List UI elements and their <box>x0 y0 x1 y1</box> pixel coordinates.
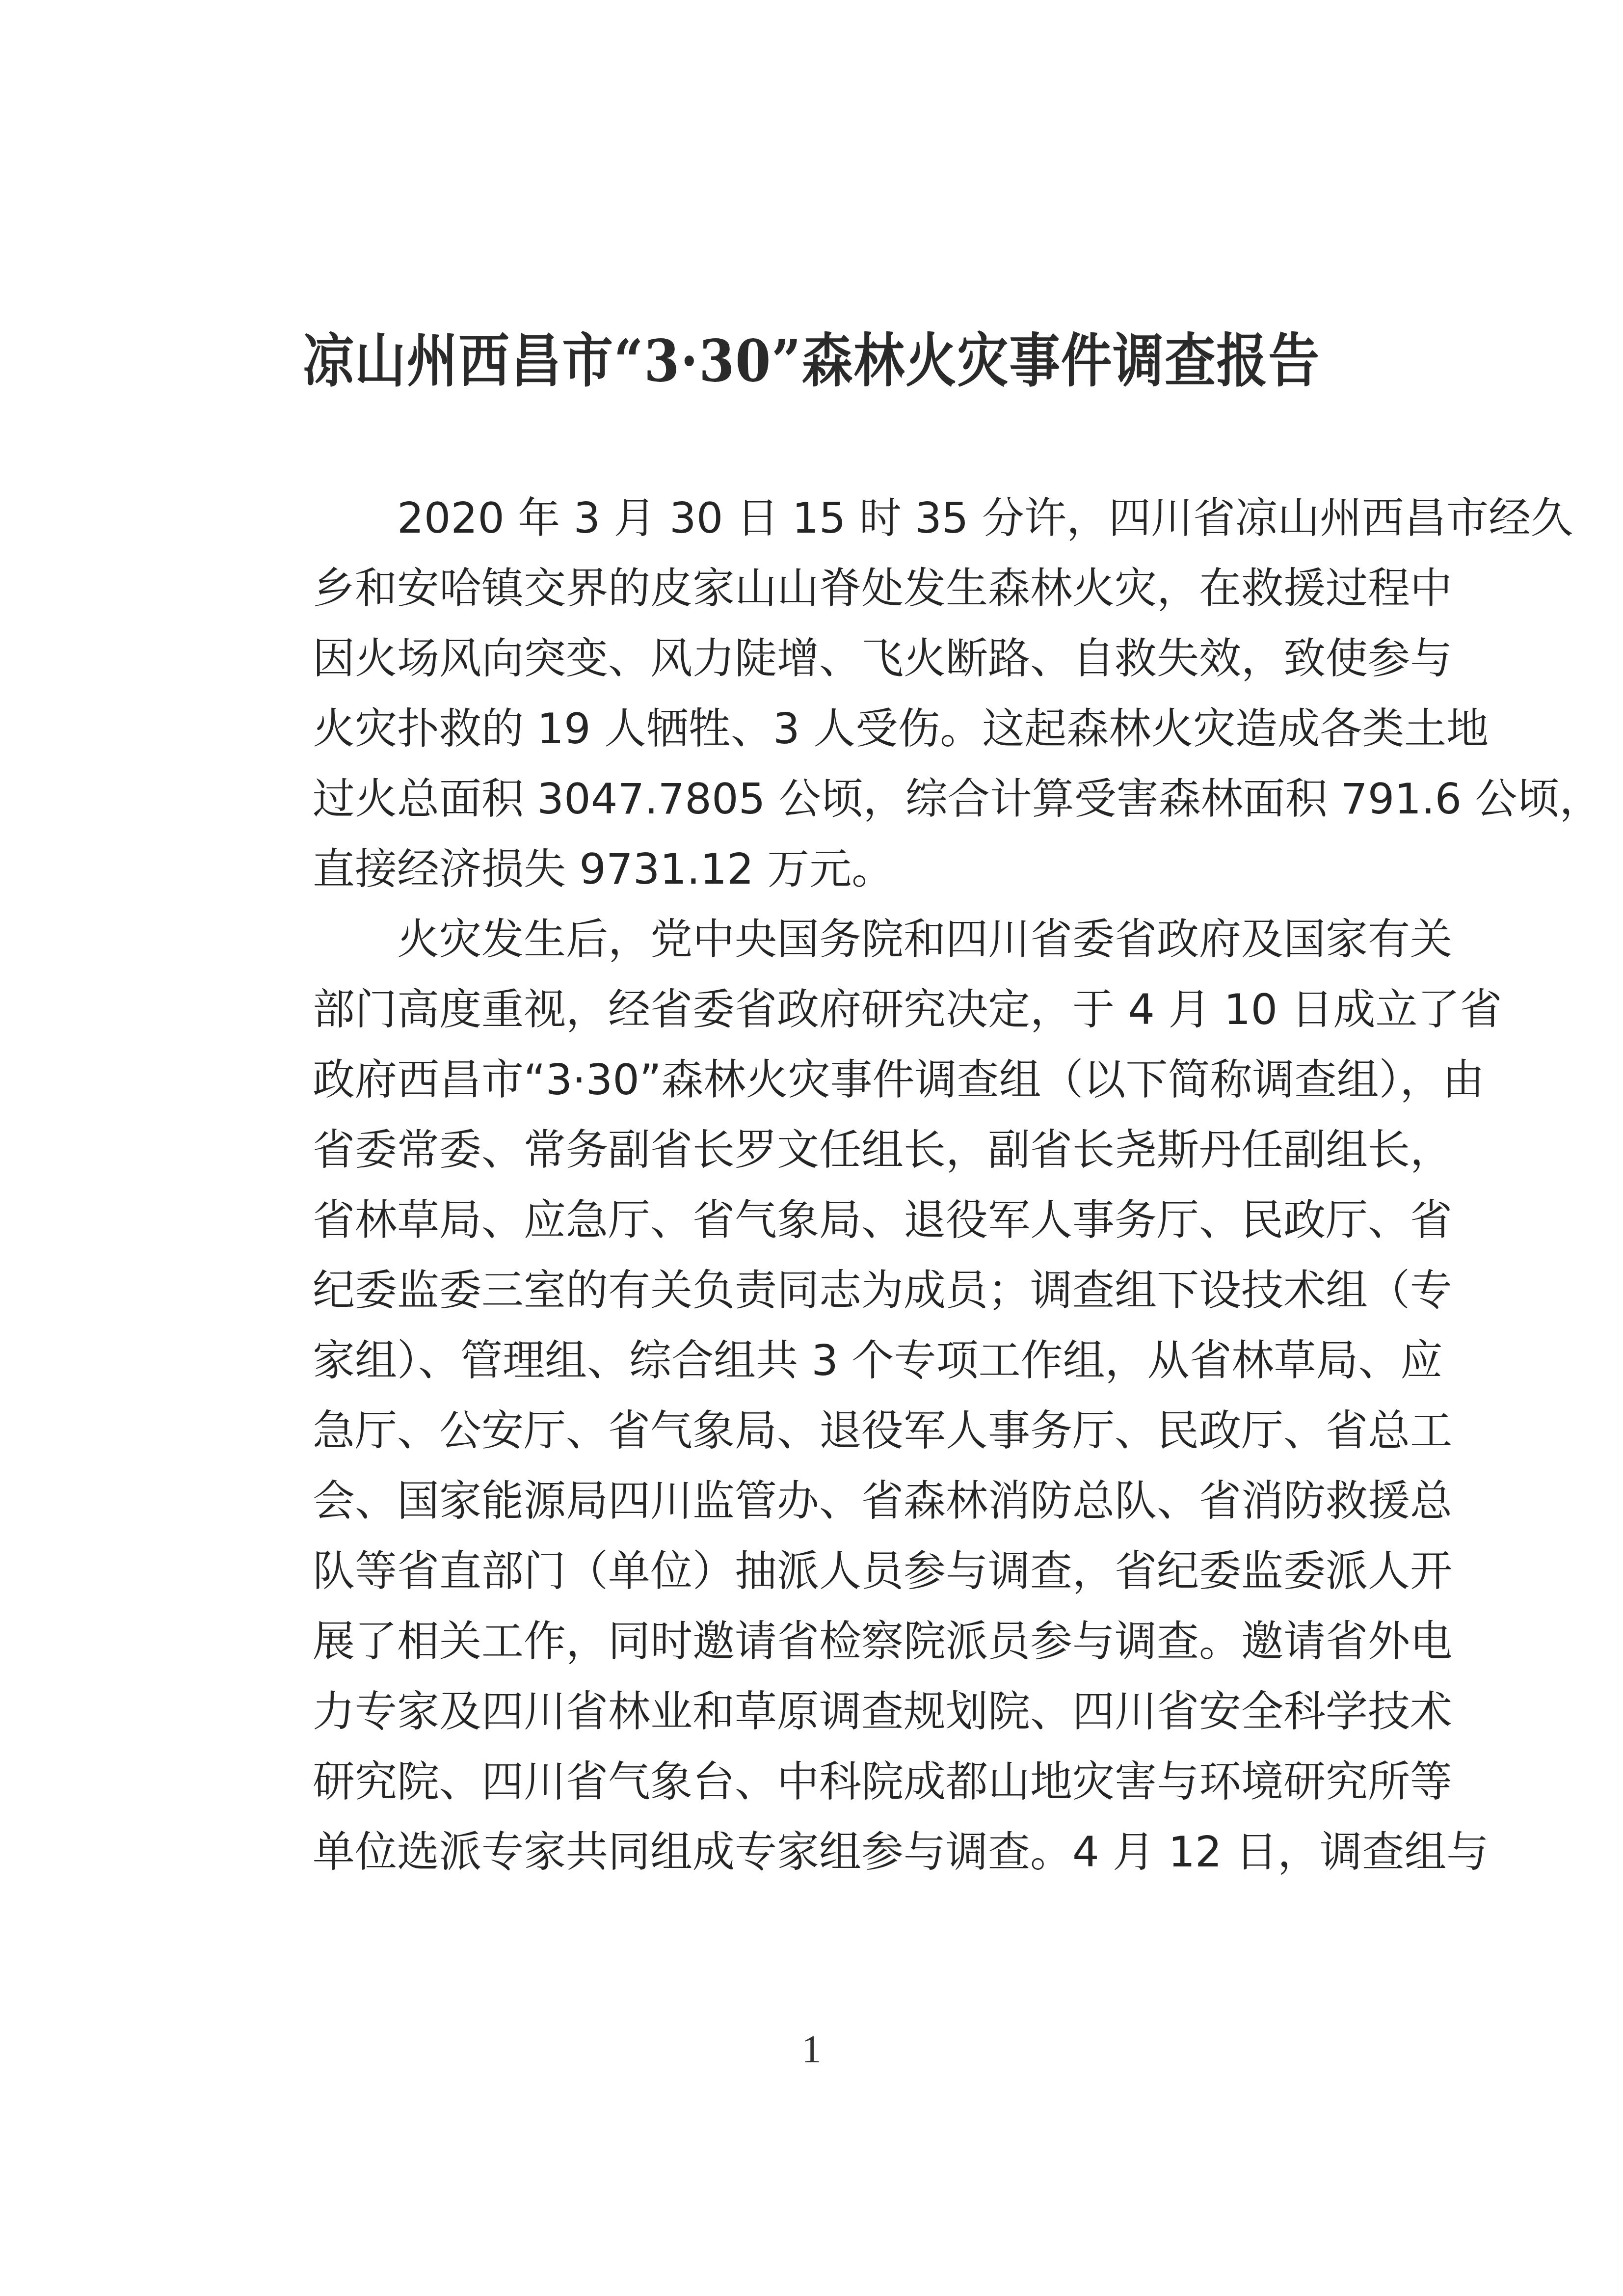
text-line: 部门高度重视，经省委省政府研究决定，于 4 月 10 日成立了省 <box>228 975 1379 1045</box>
text-line: 过火总面积 3047.7805 公顷，综合计算受害森林面积 791.6 公顷， <box>228 764 1379 835</box>
document-body: 2020 年 3 月 30 日 15 时 35 分许，四川省凉山州西昌市经久 乡… <box>228 484 1379 1888</box>
paragraph-2: 火灾发生后，党中央国务院和四川省委省政府及国家有关 部门高度重视，经省委省政府研… <box>228 905 1379 1888</box>
text-line: 2020 年 3 月 30 日 15 时 35 分许，四川省凉山州西昌市经久 <box>228 484 1379 554</box>
text-line: 展了相关工作，同时邀请省检察院派员参与调查。邀请省外电 <box>228 1607 1379 1677</box>
page-number: 1 <box>0 2027 1623 2072</box>
document-title: 凉山州西昌市“3·30”森林火灾事件调查报告 <box>97 314 1525 398</box>
text-line: 火灾发生后，党中央国务院和四川省委省政府及国家有关 <box>228 905 1379 975</box>
paragraph-1: 2020 年 3 月 30 日 15 时 35 分许，四川省凉山州西昌市经久 乡… <box>228 484 1379 905</box>
text-line: 急厅、公安厅、省气象局、退役军人事务厅、民政厅、省总工 <box>228 1396 1379 1466</box>
text-line: 直接经济损失 9731.12 万元。 <box>228 835 1379 905</box>
text-line: 省委常委、常务副省长罗文任组长，副省长尧斯丹任副组长， <box>228 1115 1379 1186</box>
text-line: 火灾扑救的 19 人牺牲、3 人受伤。这起森林火灾造成各类土地 <box>228 694 1379 764</box>
text-line: 纪委监委三室的有关负责同志为成员；调查组下设技术组（专 <box>228 1256 1379 1326</box>
text-line: 会、国家能源局四川监管办、省森林消防总队、省消防救援总 <box>228 1466 1379 1537</box>
text-line: 研究院、四川省气象台、中科院成都山地灾害与环境研究所等 <box>228 1747 1379 1817</box>
text-line: 单位选派专家共同组成专家组参与调查。4 月 12 日，调查组与 <box>228 1817 1379 1888</box>
text-line: 家组）、管理组、综合组共 3 个专项工作组，从省林草局、应 <box>228 1326 1379 1396</box>
text-line: 乡和安哈镇交界的皮家山山脊处发生森林火灾，在救援过程中 <box>228 554 1379 624</box>
text-line: 队等省直部门（单位）抽派人员参与调查，省纪委监委派人开 <box>228 1537 1379 1607</box>
text-line: 因火场风向突变、风力陡增、飞火断路、自救失效，致使参与 <box>228 624 1379 694</box>
text-line: 力专家及四川省林业和草原调查规划院、四川省安全科学技术 <box>228 1677 1379 1747</box>
document-page: 凉山州西昌市“3·30”森林火灾事件调查报告 2020 年 3 月 30 日 1… <box>0 0 1623 2296</box>
text-line: 省林草局、应急厅、省气象局、退役军人事务厅、民政厅、省 <box>228 1186 1379 1256</box>
text-line: 政府西昌市“3·30”森林火灾事件调查组（以下简称调查组），由 <box>228 1045 1379 1115</box>
